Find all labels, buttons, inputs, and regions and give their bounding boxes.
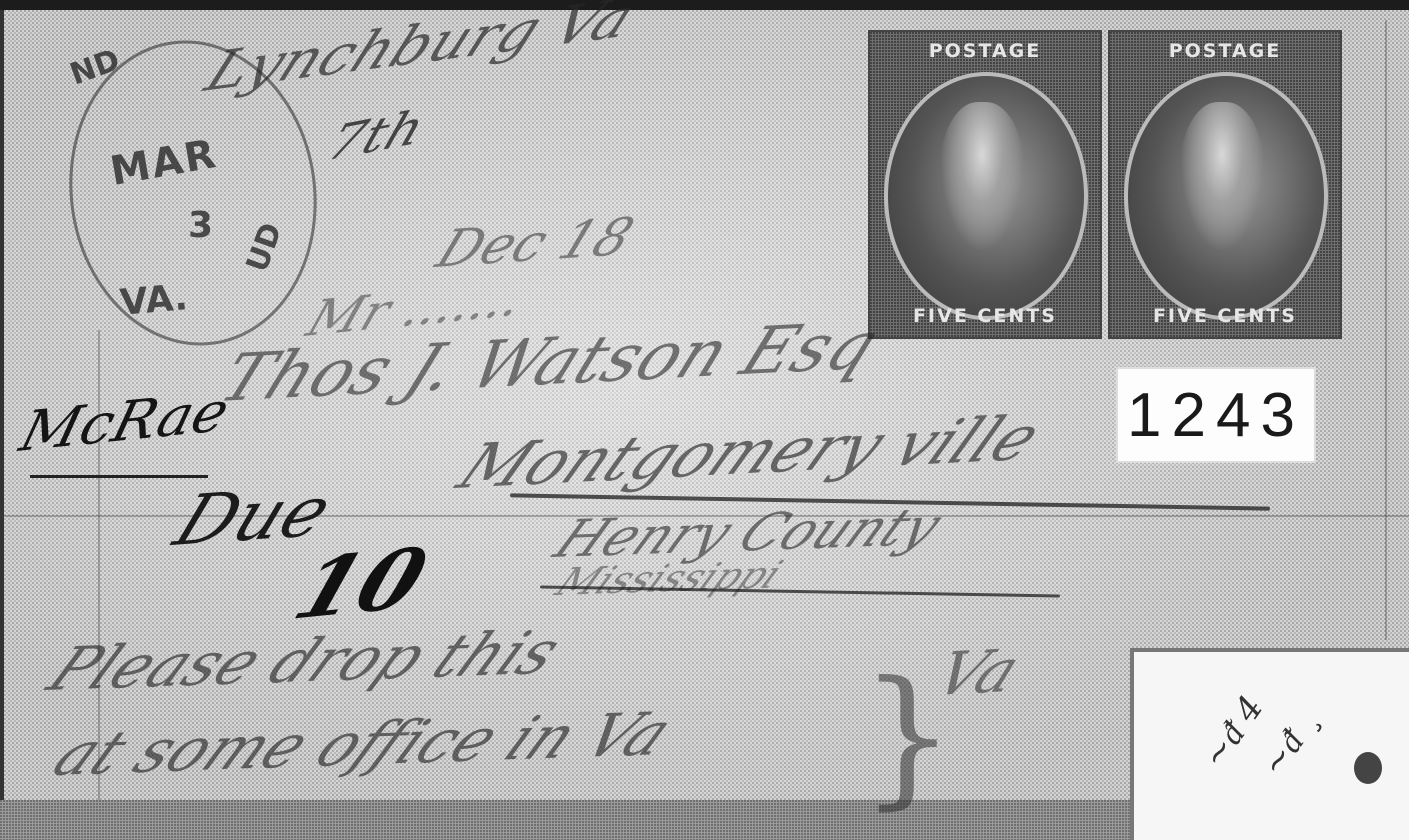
stamp-denomination: FIVE CENTS — [870, 305, 1100, 327]
stamp-denomination: FIVE CENTS — [1110, 305, 1340, 327]
stamp-top-label: POSTAGE — [1110, 40, 1340, 62]
postmark-state: VA. — [118, 277, 189, 324]
lot-number-label: 1243 — [1116, 367, 1316, 463]
stamp: POSTAGE FIVE CENTS — [868, 30, 1102, 339]
inset-ink-blot — [1354, 752, 1382, 784]
fold-line — [1385, 20, 1387, 640]
portrait-icon — [1180, 102, 1264, 252]
scan-edge — [0, 10, 4, 840]
stamp: POSTAGE FIVE CENTS — [1108, 30, 1342, 339]
inset-detail-image: ~ᵭ 4 ~ᵭ ¸ — [1130, 648, 1409, 840]
scan-bottom-shadow — [0, 800, 1130, 840]
portrait-icon — [940, 102, 1024, 252]
annotation-underline — [30, 475, 208, 478]
stamp-top-label: POSTAGE — [870, 40, 1100, 62]
addressee-state: Mississippi — [548, 553, 790, 604]
postmark-day: 3 — [188, 205, 213, 246]
